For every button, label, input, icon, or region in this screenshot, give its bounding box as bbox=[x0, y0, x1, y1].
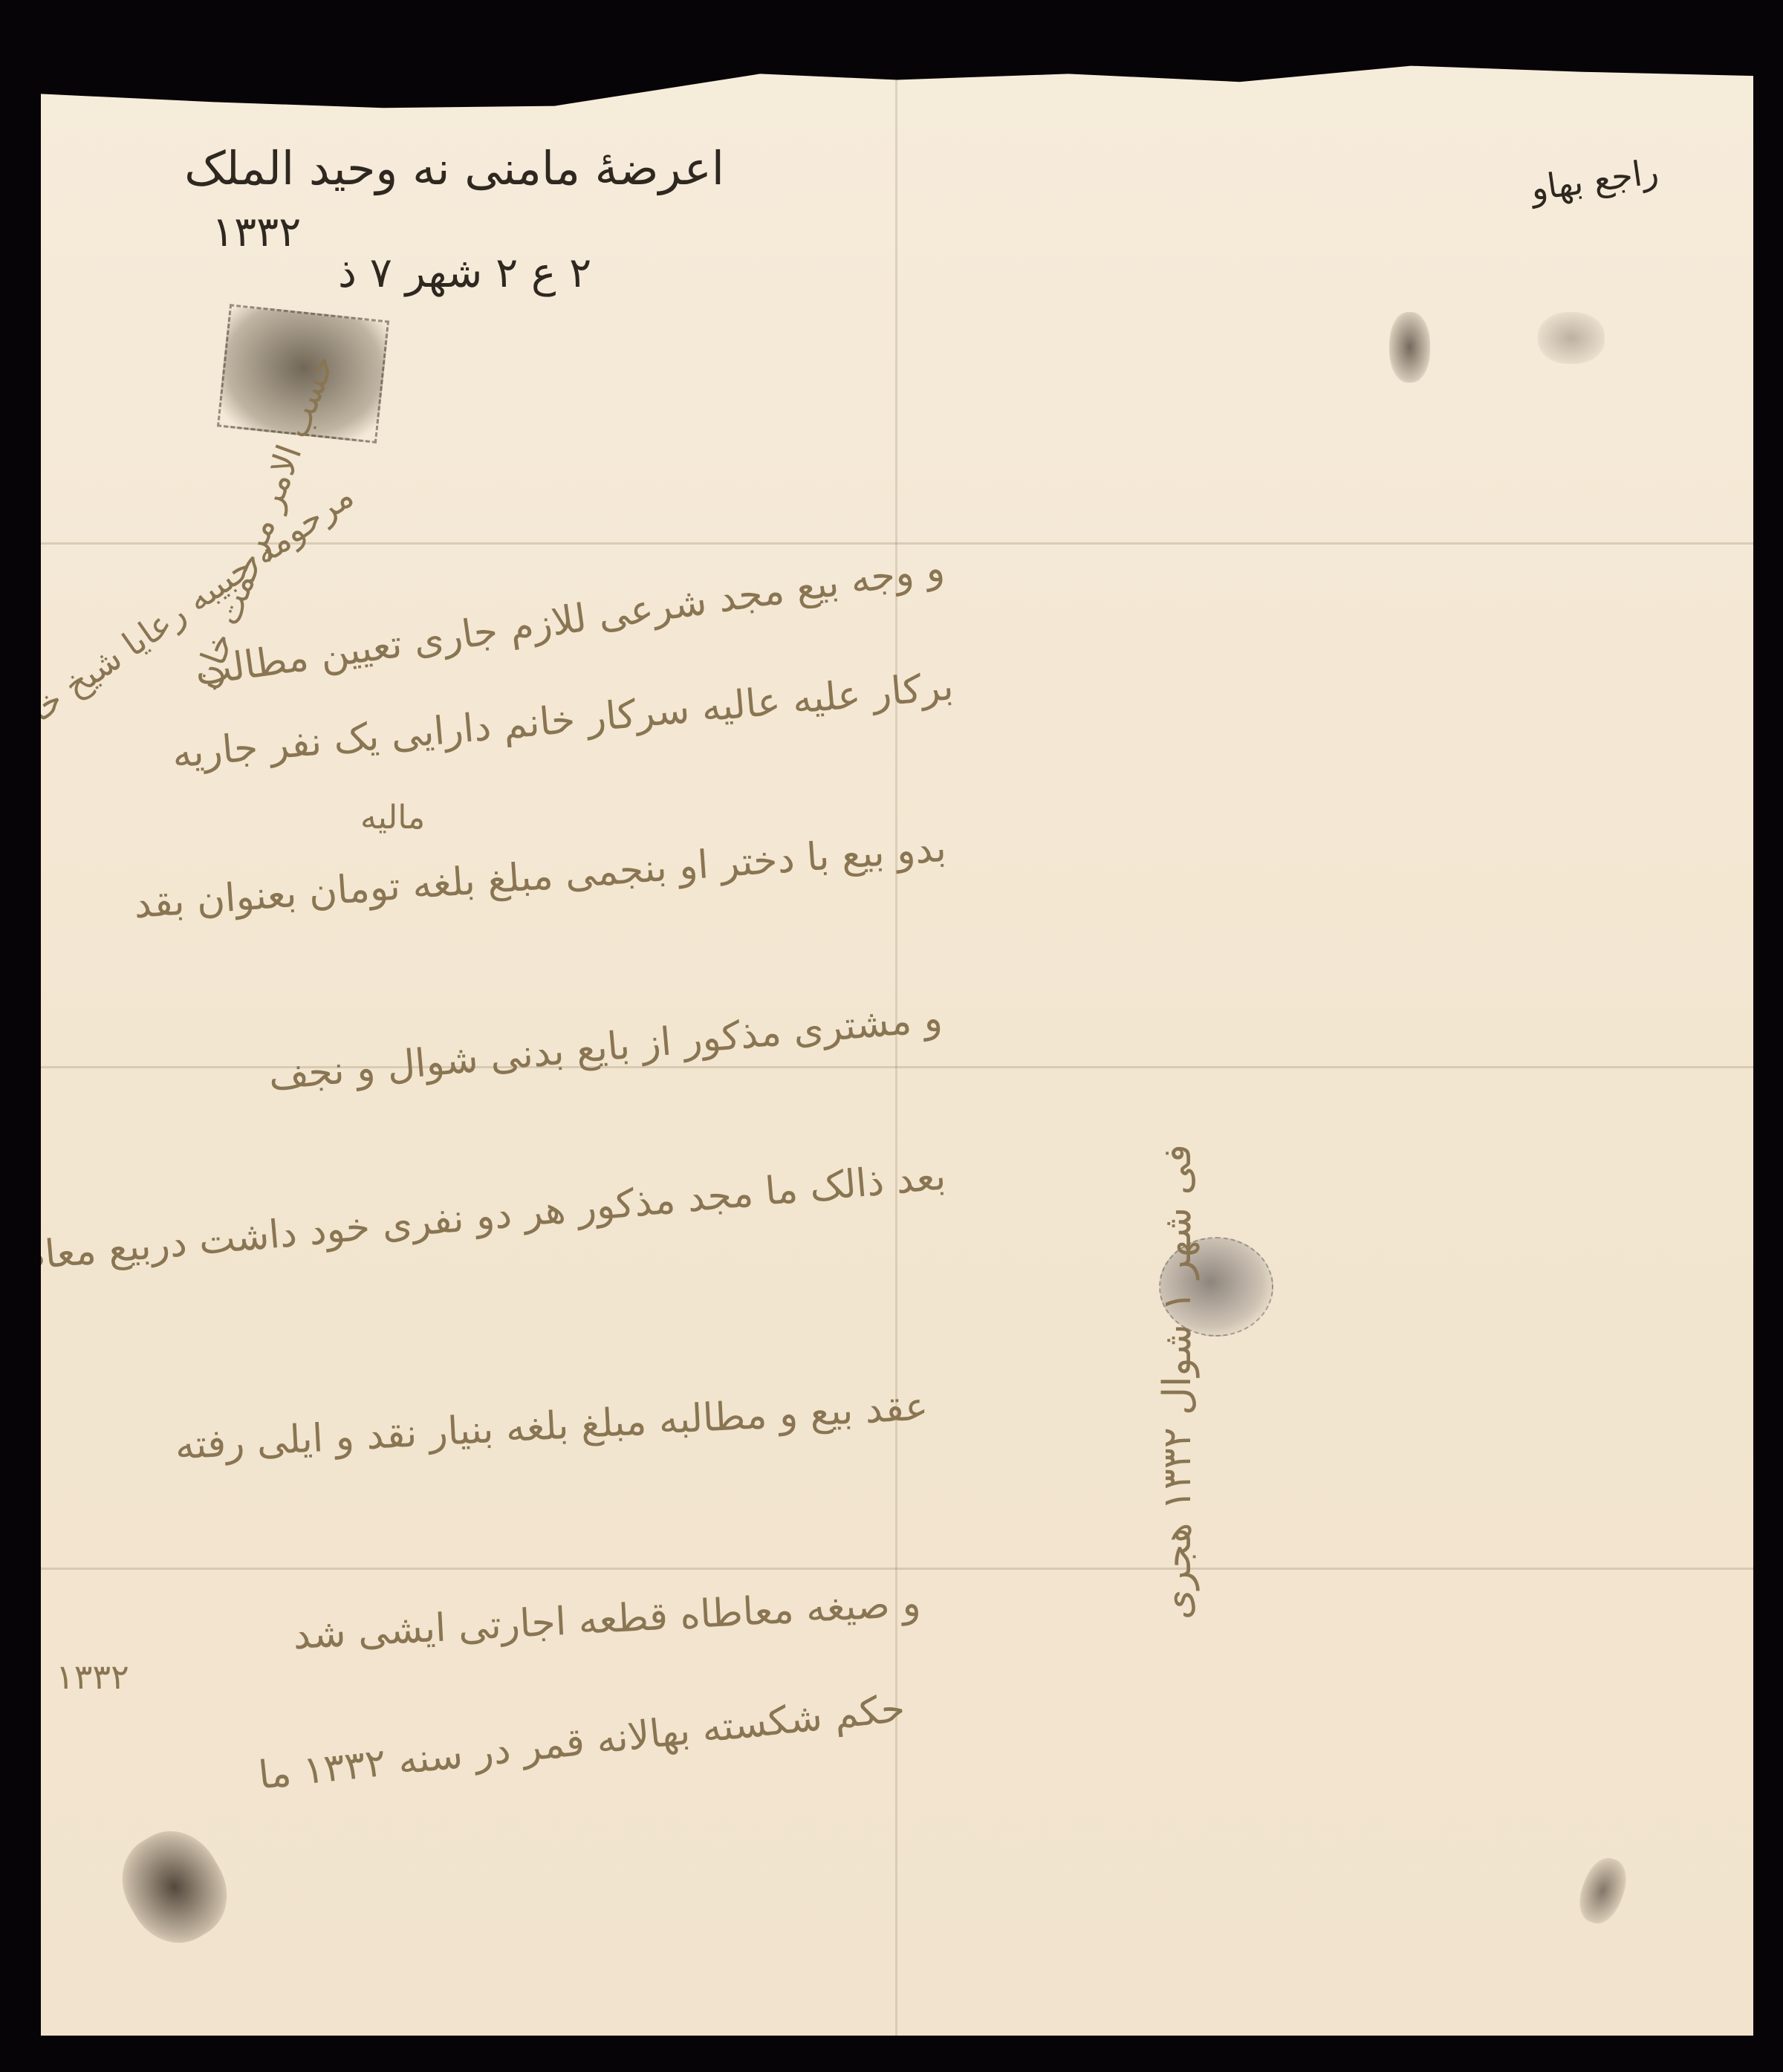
body-line: عقد بیع و مطالبه مبلغ بلغه بنیار نقد و ا… bbox=[174, 1384, 929, 1468]
body-line: بعد ذالک ما مجد مذکور هر دو نفری خود داش… bbox=[0, 1154, 947, 1282]
body-line: و صیغه معاطاه قطعه اجارتی ایشی شد bbox=[292, 1581, 922, 1658]
top-right-note: راجع بهاو bbox=[1528, 151, 1661, 209]
ink-smudge bbox=[1389, 312, 1430, 383]
header-top-line: اعرضهٔ مامنی نه وحید الملک bbox=[184, 141, 724, 195]
body-line: و وجه بیع مجد شرعی للازم جاری تعیین مطال… bbox=[192, 545, 946, 695]
header-year: ۱۳۳۲ bbox=[212, 208, 301, 256]
body-line: بدو بیع با دختر او بنجمی مبلغ بلغه تومان… bbox=[132, 826, 947, 927]
horizontal-fold-line bbox=[41, 1568, 1753, 1570]
header-date-line: ۲ ع ۲ شهر ۷ ذ bbox=[338, 249, 591, 297]
body-line: مرحومه حبیبه رعایا شیخ خان bbox=[1, 475, 361, 744]
ink-smudge bbox=[1572, 1852, 1633, 1929]
body-line: حکم شکسته بهالانه قمر در سنه ۱۳۳۲ ما bbox=[256, 1686, 907, 1798]
ink-smudge bbox=[1538, 312, 1605, 364]
bottom-left-date: ۱۳۳۲ bbox=[56, 1657, 129, 1697]
ink-thumbprint bbox=[105, 1815, 244, 1960]
body-line-amount: مالیه bbox=[360, 799, 425, 837]
body-line: و مشتری مذکور از بایع بدنی شوال و نجف bbox=[267, 996, 944, 1099]
vertical-marginal-note: فی شهر ۱ شوال ۱۳۳۲ هجری bbox=[1155, 1144, 1200, 1620]
manuscript-page: اعرضهٔ مامنی نه وحید الملک ۱۳۳۲ ۲ ع ۲ شه… bbox=[41, 30, 1753, 2036]
